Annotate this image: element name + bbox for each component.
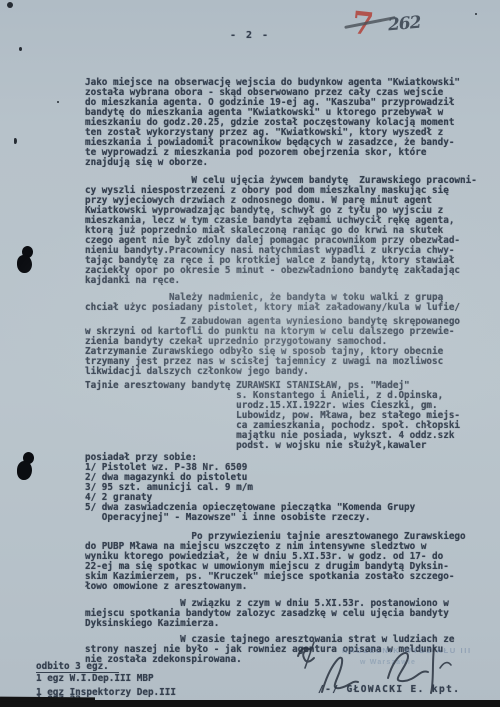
- scanned-document-page: - 2 - 7 262 Jako miejsce na obserwację w…: [0, 0, 500, 707]
- handwritten-folio-number: 262: [387, 13, 421, 36]
- typed-line: podst. w wojsku nie służył,kawaler: [85, 441, 485, 451]
- scan-edge-band-corner: [0, 697, 95, 703]
- para-possessions-list: posiadał przy sobie:1/ Pistolet wz. P-38…: [85, 453, 485, 523]
- scan-speck: [19, 47, 22, 51]
- scan-speck: [475, 13, 477, 15]
- para-arrested-identity: Tajnie aresztowany bandytę ZURAWSKI STAN…: [85, 381, 485, 451]
- copies-made-label: odbito 3 egz.: [36, 661, 119, 673]
- para-interrogation: Po przywiezieniu tajnie aresztowanego Zu…: [85, 532, 485, 592]
- typed-line: Operacyjnej" - Mazowsze" i inne osobiste…: [85, 513, 485, 523]
- typed-line: kajdanki na ręce.: [85, 276, 485, 286]
- typed-line: znajdują się w oborze.: [85, 158, 485, 168]
- ink-blot-bottom-lower-lobe: [17, 461, 32, 480]
- para-observation: Jako miejsce na obserwację wejscia do bu…: [85, 78, 485, 168]
- typed-line: Dyksinskiego Kazimierza.: [85, 619, 485, 629]
- distribution-item: 1 egz W.I.Dep.III MBP: [36, 673, 154, 683]
- typed-line: łowo omowione z aresztowanym.: [85, 582, 485, 592]
- para-ambush-plan: W związku z czym w dniu 5.XI.53r. postan…: [85, 599, 485, 629]
- page-number: - 2 -: [205, 30, 295, 41]
- para-capture: W celu ujęcia żywcem bandytę Zurawskiego…: [85, 176, 485, 286]
- scan-speck: [57, 101, 59, 103]
- ink-blot-top-lower-lobe: [17, 255, 32, 273]
- para-transport: Z zabudowan agenta wyniesiono bandytę sk…: [85, 317, 485, 377]
- para-pistol-note: Należy nadmienic, że bandyta w toku walk…: [85, 293, 485, 313]
- document-body: Jako miejsce na obserwację wejscia do bu…: [85, 78, 485, 665]
- typed-line: chciał użyc posiadany pistolet, ktory mi…: [85, 303, 485, 313]
- scan-speck: [7, 2, 13, 8]
- scan-speck: [14, 138, 17, 144]
- typed-line: likwidacji dalszych członkow jego bandy.: [85, 367, 485, 377]
- handwritten-signature: [290, 636, 480, 702]
